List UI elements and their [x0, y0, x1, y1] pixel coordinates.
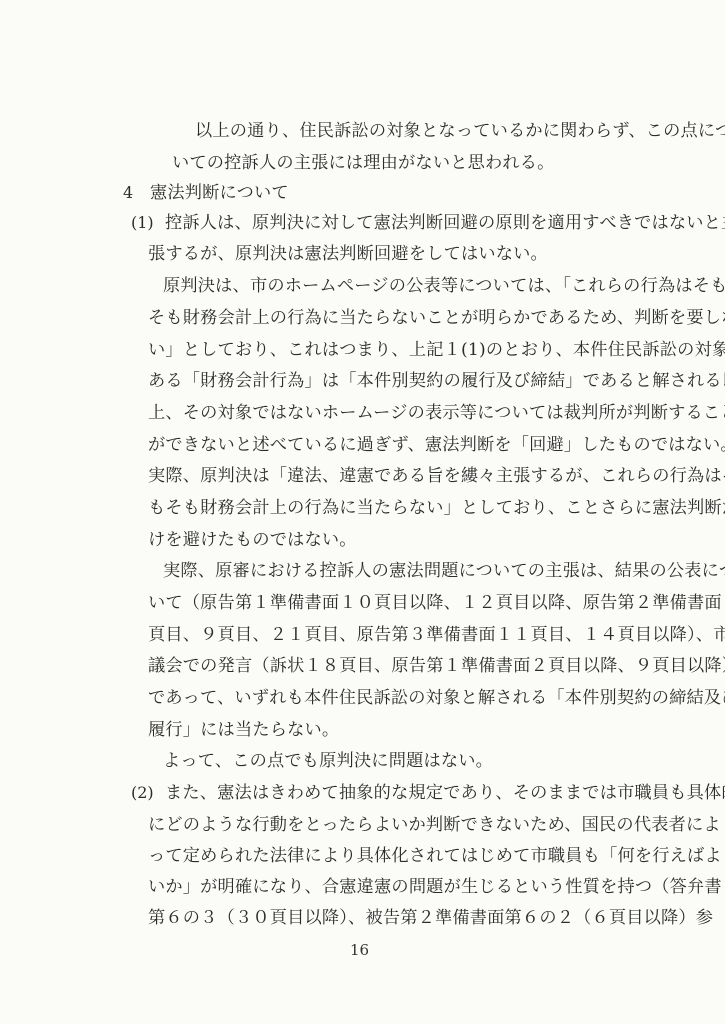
paragraph-line: 張するが、原判決は憲法判断回避をしてはいない。: [148, 244, 548, 264]
paragraph-line: 上、その対象ではないホームージの表示等については裁判所が判断すること: [148, 403, 725, 423]
paragraph-line: 実際、原審における控訴人の憲法問題についての主張は、結果の公表につ: [163, 561, 725, 581]
paragraph-line: 実際、原判決は「違法、違憲である旨を縷々主張するが、これらの行為はそ: [148, 466, 725, 486]
paragraph-line: 議会での発言（訴状１８頁目、原告第１準備書面２頁目以降、９頁目以降）: [148, 656, 725, 676]
paragraph-line: 以上の通り、住民訴訟の対象となっているかに関わらず、この点につ: [195, 121, 725, 141]
paragraph-line: い」としており、これはつまり、上記１(1)のとおり、本件住民訴訟の対象で: [148, 340, 725, 360]
paragraph-line: いての控訴人の主張には理由がないと思われる。: [172, 153, 555, 173]
paragraph-line: よって、この点でも原判決に問題はない。: [163, 751, 493, 771]
paragraph-line: であって、いずれも本件住民訴訟の対象と解される「本件別契約の締結及び: [148, 688, 725, 708]
section-number: 4: [123, 183, 133, 203]
document-page: 以上の通り、住民訴訟の対象となっているかに関わらず、この点につ いての控訴人の主…: [0, 0, 725, 1024]
section-heading: 憲法判断について: [150, 183, 289, 203]
paragraph-line: って定められた法律により具体化されてはじめて市職員も「何を行えばよ: [148, 846, 722, 866]
subsection-number: (1): [131, 213, 154, 233]
paragraph-line: いて（原告第１準備書面１０頁目以降、１２頁目以降、原告第２準備書面２: [148, 593, 725, 613]
paragraph-line: けを避けたものではない。: [148, 530, 357, 550]
subsection-number: (2): [131, 783, 154, 803]
paragraph-line: 頁目、９頁目、２１頁目、原告第３準備書面１１頁目、１４頁目以降）、市: [148, 625, 725, 645]
paragraph-line: いか」が明確になり、合憲違憲の問題が生じるという性質を持つ（答弁書: [148, 877, 722, 897]
paragraph-line: 控訴人は、原判決に対して憲法判断回避の原則を適用すべきではないと主: [165, 213, 725, 233]
paragraph-line: そも財務会計上の行為に当たらないことが明らかであるため、判断を要しな: [148, 308, 725, 328]
page-number: 16: [350, 940, 369, 960]
paragraph-line: また、憲法はきわめて抽象的な規定であり、そのままでは市職員も具体的: [165, 783, 725, 803]
paragraph-line: 原判決は、市のホームページの公表等については、「これらの行為はそも: [163, 276, 725, 296]
paragraph-line: ある「財務会計行為」は「本件別契約の履行及び締結」であると解される以: [148, 371, 725, 391]
paragraph-line: もそも財務会計上の行為に当たらない」としており、ことさらに憲法判断だ: [148, 498, 725, 518]
paragraph-line: 履行」には当たらない。: [148, 720, 339, 740]
paragraph-line: ができないと述べているに過ぎず、憲法判断を「回避」したものではない。: [148, 435, 725, 455]
paragraph-line: にどのような行動をとったらよいか判断できないため、国民の代表者によ: [148, 815, 721, 835]
paragraph-line: 第６の３（３０頁目以降）、被告第２準備書面第６の２（６頁目以降）参: [148, 908, 713, 928]
